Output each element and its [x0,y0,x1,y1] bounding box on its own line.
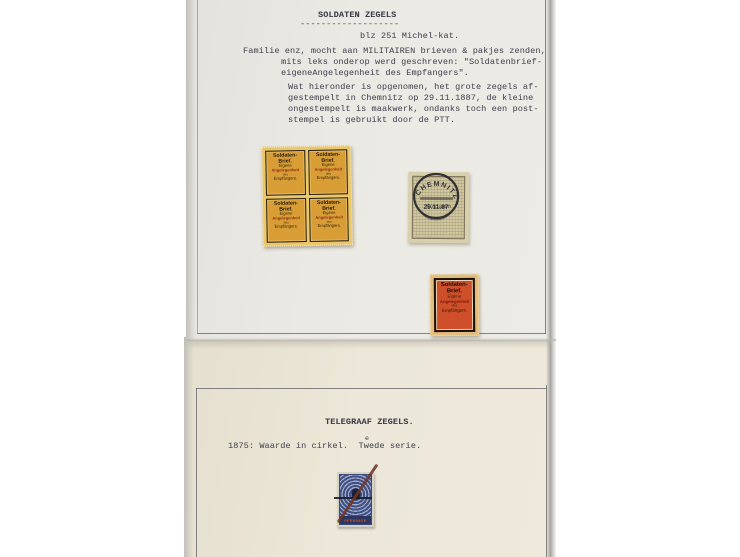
typewritten-line: stempel is gebruikt door de PTT. [288,115,455,125]
typewritten-caption: 1875: Waarde in cirkel. Twede serie. [228,441,421,451]
stamp-block-of-four: Soldaten- Brief. Eigene Angelegenheit de… [261,145,353,247]
page-left-edge [184,337,195,557]
frame-line-left [197,0,198,333]
stamp-telegraph-blue: PFENNIGE [337,472,374,527]
frame-line-bottom [197,333,546,334]
page-right-edge [546,337,556,557]
catalogue-reference: blz 251 Michel-kat. [360,31,459,41]
typewritten-line: ongestempelt is maakwerk, ondanks toch e… [288,104,539,114]
typewritten-line: gestempelt in Chemnitz op 29.11.1887, de… [288,93,533,103]
stamp-value-band: PFENNIGE [340,516,371,524]
soldatenbrief-stamp: Soldaten- Brief. Eigene Angelegenheit de… [308,149,348,194]
soldatenbrief-stamp: Soldaten- Brief. Eigene Angelegenheit de… [265,150,305,195]
typewritten-line: Wat hieronder is opgenomen, het grote ze… [288,82,539,92]
soldatenbrief-stamp: Soldaten- Brief. Eigene Angelegenheit de… [266,198,306,243]
stamp-single-red: Soldaten- Brief. Eigene Angelegenheit de… [430,274,480,336]
frame-line-right [546,385,547,557]
title-underline: ------------------- [300,19,399,29]
page-title: TELEGRAAF ZEGELS. [325,417,414,427]
typewritten-line: Familie enz, mocht aan MILITAIREN brieve… [243,46,546,56]
soldatenbrief-stamp: Soldaten- Brief. Eigene Angelegenheit de… [309,197,349,242]
svg-text:29.11.87: 29.11.87 [423,204,448,211]
stamp-value-text: PFENNIGE [344,518,366,523]
frame-line-left [196,388,197,557]
typed-correction-letter: e [365,434,369,444]
typewritten-line: eigeneAngelegenheit des Empfangers". [281,68,469,78]
typewritten-line: mits leks onderop werd geschreven: "Sold… [281,57,542,67]
photo-of-stamp-album-pages: TELEGRAAF ZEGELS. 1875: Waarde in cirkel… [0,0,740,557]
stamp-cancelled-chemnitz: Soldaten CHEMNITZ 29.11.87 [408,172,470,244]
pen-cancel-stroke [337,464,379,524]
frame-line-top [196,388,547,389]
page-left-edge [186,0,197,341]
page-bottom-edge [186,338,556,341]
page-right-edge [546,0,556,341]
stamp-circle-design: PFENNIGE [339,474,372,525]
album-page-top: SOLDATEN ZEGELS ------------------- blz … [186,0,556,341]
album-page-bottom: TELEGRAAF ZEGELS. 1875: Waarde in cirkel… [184,337,556,557]
chemnitz-postmark-icon: CHEMNITZ 29.11.87 [407,168,466,227]
